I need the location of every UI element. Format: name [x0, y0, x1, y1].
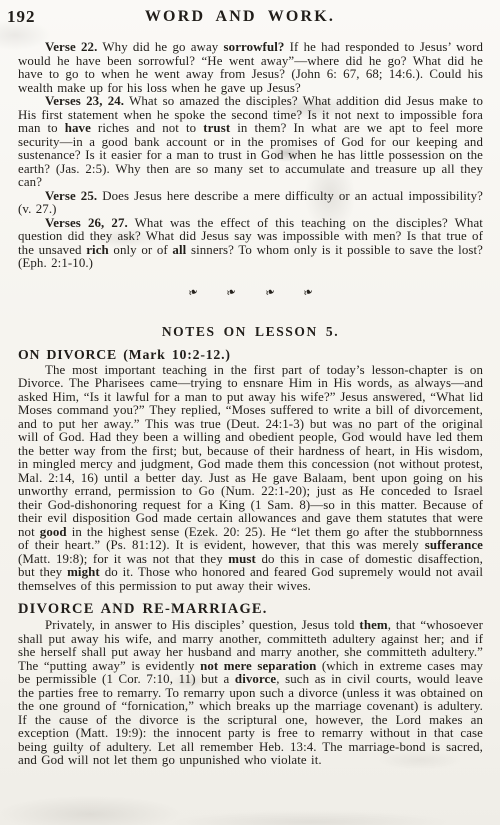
- bold-text-run: Verses 26, 27.: [45, 216, 128, 230]
- text-run: The most important teaching in the first…: [18, 363, 483, 539]
- running-header: 192 WORD AND WORK.: [0, 0, 500, 32]
- bold-text-run: good: [40, 525, 67, 539]
- on-divorce-paragraph: The most important teaching in the first…: [18, 364, 483, 594]
- text-run: , such as in civil courts, would leave t…: [18, 672, 483, 767]
- fleuron-icon: ❧: [225, 283, 239, 299]
- text-run: riches and not to: [91, 121, 203, 135]
- notes-on-lesson-heading: NOTES ON LESSON 5.: [18, 324, 483, 340]
- bold-text-run: have: [65, 121, 91, 135]
- bold-text-run: might: [67, 565, 100, 579]
- fleuron-icon: ❧: [186, 283, 200, 299]
- on-divorce-heading: ON DIVORCE (Mark 10:2-12.): [18, 347, 483, 363]
- text-run: in the highest sense (Ezek. 20: 25). He …: [18, 525, 483, 553]
- bold-text-run: Verse 25.: [45, 189, 97, 203]
- text-run: (Matt. 19:8); for it was not that they: [18, 552, 228, 566]
- section-divider-ornaments: ❧❧❧❧: [18, 283, 483, 299]
- verse-22-question: Verse 22. Why did he go away sorrowful? …: [18, 41, 483, 95]
- verses-26-27-question: Verses 26, 27. What was the effect of th…: [18, 217, 483, 271]
- text-run: Why did he go away: [97, 40, 223, 54]
- fleuron-icon: ❧: [263, 283, 277, 299]
- bold-text-run: sufferance: [425, 538, 483, 552]
- bold-text-run: rich: [86, 243, 109, 257]
- fleuron-icon: ❧: [301, 283, 315, 299]
- scanned-page: 192 WORD AND WORK. Verse 22. Why did he …: [0, 0, 500, 825]
- publication-title: WORD AND WORK.: [0, 8, 480, 26]
- divorce-remarriage-paragraph: Privately, in answer to His disciples’ q…: [18, 619, 483, 768]
- bold-text-run: sorrowful?: [224, 40, 285, 54]
- text-run: Privately, in answer to His disciples’ q…: [45, 618, 359, 632]
- bold-text-run: all: [172, 243, 186, 257]
- bold-text-run: them: [359, 618, 387, 632]
- bold-text-run: divorce: [235, 672, 276, 686]
- page-body: Verse 22. Why did he go away sorrowful? …: [18, 41, 483, 768]
- bold-text-run: Verse 22.: [45, 40, 97, 54]
- text-run: only or of: [109, 243, 173, 257]
- bold-text-run: not mere separation: [200, 659, 316, 673]
- bold-text-run: Verses 23, 24.: [45, 94, 124, 108]
- verses-23-24-question: Verses 23, 24. What so amazed the discip…: [18, 95, 483, 190]
- divorce-and-remarriage-heading: DIVORCE AND RE-MARRIAGE.: [18, 601, 483, 618]
- bold-text-run: must: [228, 552, 256, 566]
- bold-text-run: trust: [203, 121, 230, 135]
- verse-25-question: Verse 25. Does Jesus here describe a mer…: [18, 190, 483, 217]
